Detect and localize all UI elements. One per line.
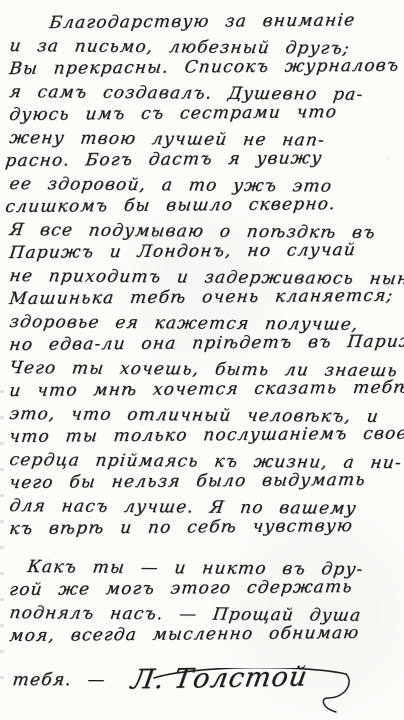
letter-line: расно. Богъ дастъ я увижу <box>4 147 403 173</box>
letter-line: Машинька тебѣ очень кланяется; <box>8 285 403 311</box>
scan-edge-artifacts <box>0 390 4 690</box>
letter-line: къ вѣрѣ и по себѣ чувствую <box>8 515 403 541</box>
letter-line: Благодарствую за вниманіе <box>48 9 403 35</box>
signature-row: тебя. — Л. Толстой <box>12 650 400 702</box>
letter-line: чего бы нельзя было выдумать <box>8 469 403 495</box>
letter-line: что ты только послушаніемъ своего <box>8 423 403 449</box>
manuscript-page: Благодарствую за вниманіеи за письмо, лю… <box>0 0 404 720</box>
letter-line: моя, всегда мысленно обнимаю <box>8 622 403 648</box>
letter-line: но едва-ли она пріѣдетъ въ Парижъ. <box>8 331 403 357</box>
letter-line: Вы прекрасны. Списокъ журналовъ <box>8 55 403 81</box>
letter-body: Благодарствую за вниманіеи за письмо, лю… <box>8 12 400 648</box>
letter-line: гой же могъ этого сдержать <box>8 576 403 602</box>
signature-flourish <box>150 668 360 714</box>
letter-line: дуюсь имъ съ сестрами что <box>8 101 403 127</box>
closing-word: тебя. — <box>10 669 107 702</box>
letter-line: слишкомъ бы вышло скверно. <box>4 193 403 219</box>
letter-line: Парижъ и Лондонъ, но случай <box>8 239 403 265</box>
letter-line: и что мнѣ хочется сказать тебѣ, <box>8 377 403 403</box>
